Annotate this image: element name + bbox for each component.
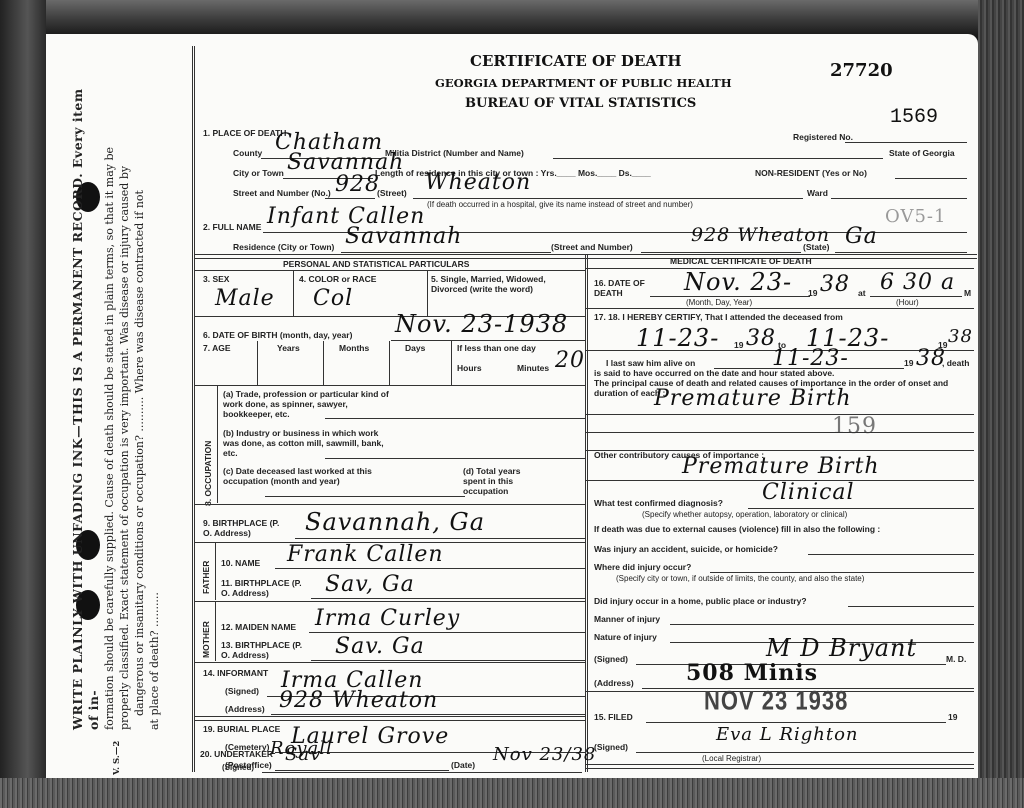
father-vertical-label: FATHER <box>201 561 211 594</box>
street-number-label: Street and Number (No.) <box>233 188 331 198</box>
home-public-label: Did injury occur in a home, public place… <box>594 596 807 606</box>
dob-label: 6. DATE OF BIRTH (month, day, year) <box>203 330 352 340</box>
registrar-signed-label: (Signed) <box>594 742 628 752</box>
race-value: Col <box>313 286 353 311</box>
last-saw-year-prefix: 19 <box>904 358 913 368</box>
state-of-georgia-label: State of Georgia <box>889 148 955 158</box>
side-instruction-line4: dangerous or insanitary conditions or oc… <box>132 80 147 730</box>
where-injury-label: Where did injury occur? <box>594 562 691 572</box>
external-causes-label: If death was due to external causes (vio… <box>594 524 880 534</box>
last-saw-label: I last saw him alive on <box>606 358 695 368</box>
test-hint: (Specify whether autopsy, operation, lab… <box>642 510 847 519</box>
test-value: Clinical <box>762 480 855 505</box>
mdy-hint: (Month, Day, Year) <box>686 298 752 307</box>
registrar-hint: (Local Registrar) <box>702 754 761 763</box>
year-prefix: 19 <box>808 288 817 298</box>
father-name-label: 10. NAME <box>221 558 260 568</box>
occupation-b-label: (b) Industry or business in which work w… <box>223 428 391 458</box>
full-name-annotation: OV5-1 <box>885 206 946 227</box>
age-months-label: Months <box>339 343 369 353</box>
informant-signed-label: (Signed) <box>225 686 259 696</box>
filed-year-prefix: 19 <box>948 712 957 722</box>
side-instruction-line2: formation should be carefully supplied. … <box>102 80 117 730</box>
age-label: 7. AGE <box>203 343 231 353</box>
md-suffix: M. D. <box>946 654 966 664</box>
certify-label: 17. 18. I HEREBY CERTIFY, That I attende… <box>594 312 843 322</box>
medical-certificate: MEDICAL CERTIFICATE OF DEATH 16. DATE OF… <box>586 254 974 774</box>
county-label: County <box>233 148 262 158</box>
residence-street-label: (Street and Number) <box>551 242 633 252</box>
place-of-death-label: 1. PLACE OF DEATH <box>203 128 286 138</box>
street-number-value: 928 <box>335 172 380 197</box>
nonresident-label: NON-RESIDENT (Yes or No) <box>755 168 867 178</box>
age-days-label: Days <box>405 343 425 353</box>
birthplace-value: Savannah, Ga <box>305 508 485 536</box>
said-label: is said to have occurred on the date and… <box>594 368 834 378</box>
sex-label: 3. SEX <box>203 274 229 284</box>
certificate-title: CERTIFICATE OF DEATH <box>470 52 682 70</box>
side-instructions: WRITE PLAINLY WITH UNFADING INK—THIS IS … <box>60 40 195 770</box>
principal-cause-value: Premature Birth <box>654 386 852 411</box>
less-than-day-label: If less than one day <box>457 343 536 353</box>
test-label: What test confirmed diagnosis? <box>594 498 723 508</box>
burial-date-value: Nov 23/38 <box>493 744 596 765</box>
scan-background-left <box>0 0 46 808</box>
race-label: 4. COLOR or RACE <box>299 274 376 284</box>
filed-label: 15. FILED <box>594 712 633 722</box>
undertaker-label: 20. UNDERTAKER <box>200 749 273 759</box>
father-name-value: Frank Callen <box>287 542 444 567</box>
physician-signed-label: (Signed) <box>594 654 628 664</box>
mother-vertical-label: MOTHER <box>201 621 211 658</box>
sex-value: Male <box>215 286 275 311</box>
dob-value: Nov. 23-1938 <box>395 310 568 338</box>
occupation-vertical-label: 8. OCCUPATION <box>203 441 213 506</box>
city-label: City or Town <box>233 168 284 178</box>
ward-label: Ward <box>807 188 828 198</box>
accident-label: Was injury an accident, suicide, or homi… <box>594 544 778 554</box>
at-label: at <box>858 288 866 298</box>
burial-place-label: 19. BURIAL PLACE <box>203 724 280 734</box>
occupation-d-label: (d) Total years spent in this occupation <box>463 466 539 496</box>
minutes-value: 20 <box>555 348 585 373</box>
year-of-death-value: 38 <box>820 272 850 297</box>
burial-date-label: (Date) <box>451 760 475 770</box>
filed-date-stamp: NOV 23 1938 <box>704 685 848 716</box>
death-suffix: , death <box>942 358 969 368</box>
occupation-c-label: (c) Date deceased last worked at this oc… <box>223 466 391 486</box>
physician-signed-value: M D Bryant <box>766 634 917 662</box>
physician-address-value: 508 Minis <box>686 660 818 686</box>
other-causes-value: Premature Birth <box>682 454 880 479</box>
scan-background-bottom <box>0 778 1024 808</box>
attended-from-year-prefix: 19 <box>734 340 743 350</box>
age-years-label: Years <box>277 343 300 353</box>
where-injury-hint: (Specify city or town, if outside of lim… <box>616 574 864 583</box>
side-instruction-line1: WRITE PLAINLY WITH UNFADING INK—THIS IS … <box>70 88 101 730</box>
informant-address-label: (Address) <box>225 704 265 714</box>
full-name-label: 2. FULL NAME <box>203 222 261 232</box>
hour-hint: (Hour) <box>896 298 919 307</box>
informant-label: 14. INFORMANT <box>203 668 268 678</box>
militia-district-label: Militia District (Number and Name) <box>385 148 524 158</box>
registered-no-label: Registered No. <box>793 132 853 142</box>
informant-address-value: 928 Wheaton <box>279 688 438 713</box>
hospital-note: (If death occurred in a hospital, give i… <box>427 200 693 209</box>
undertaker-signed-value: Royall <box>270 738 333 759</box>
father-birthplace-value: Sav, Ga <box>325 572 415 597</box>
residence-label: Residence (City or Town) <box>233 242 334 252</box>
medical-header: MEDICAL CERTIFICATE OF DEATH <box>670 256 812 266</box>
birthplace-label: 9. BIRTHPLACE (P. O. Address) <box>203 518 283 538</box>
side-instruction-line3: properly classified. Exact statement of … <box>117 80 132 730</box>
hours-label: Hours <box>457 363 482 373</box>
undertaker-signed-label: (Signed) <box>222 763 254 772</box>
manner-label: Manner of injury <box>594 614 660 624</box>
marital-status-label: 5. Single, Married, Widowed, Divorced (w… <box>431 274 583 294</box>
scan-background-right <box>978 0 1024 808</box>
form-code: V. S.—2 <box>112 741 122 775</box>
personal-header: PERSONAL AND STATISTICAL PARTICULARS <box>283 259 469 269</box>
nature-label: Nature of injury <box>594 632 657 642</box>
hour-of-death-value: 6 30 a <box>880 270 955 295</box>
father-birthplace-label: 11. BIRTHPLACE (P. O. Address) <box>221 578 311 598</box>
attended-from-value: 11-23- <box>636 324 719 352</box>
registrar-signed-value: Eva L Righton <box>716 724 859 745</box>
street-label: (Street) <box>377 188 407 198</box>
attended-to-year: 38 <box>948 326 973 347</box>
bureau-name: BUREAU OF VITAL STATISTICS <box>465 96 696 111</box>
physician-address-label: (Address) <box>594 678 634 688</box>
residence-state-value: Ga <box>845 224 878 249</box>
m-suffix: M <box>964 288 971 298</box>
occupation-a-label: (a) Trade, profession or particular kind… <box>223 389 391 419</box>
mother-maiden-name-value: Irma Curley <box>315 606 460 631</box>
street-value: Wheaton <box>425 170 531 195</box>
side-instruction-line5: at place of death? .......... <box>147 80 162 730</box>
cause-code-value: 159 <box>832 414 877 439</box>
department-name: GEORGIA DEPARTMENT OF PUBLIC HEALTH <box>435 76 732 90</box>
date-of-death-label: 16. DATE OF DEATH <box>594 278 648 298</box>
registered-number-value: 1569 <box>890 106 938 129</box>
minutes-label: Minutes <box>517 363 549 373</box>
mother-birthplace-value: Sav. Ga <box>335 634 425 659</box>
residence-state-label: (State) <box>803 242 829 252</box>
mother-maiden-name-label: 12. MAIDEN NAME <box>221 622 296 632</box>
residence-value: Savannah <box>345 224 462 249</box>
mother-birthplace-label: 13. BIRTHPLACE (P. O. Address) <box>221 640 311 660</box>
file-number: 27720 <box>830 60 893 81</box>
date-of-death-value: Nov. 23- <box>684 268 792 296</box>
